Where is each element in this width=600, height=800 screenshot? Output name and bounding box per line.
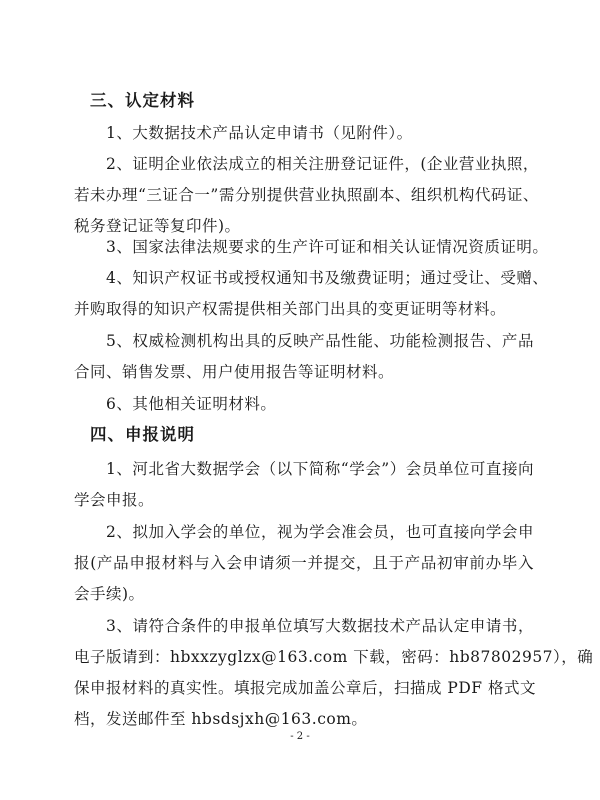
paragraph-line: 5、权威检测机构出具的反映产品性能、功能检测报告、产品 bbox=[106, 331, 534, 351]
paragraph-line: 3、请符合条件的申报单位填写大数据技术产品认定申请书， bbox=[106, 616, 534, 636]
paragraph-line: 学会申报。 bbox=[74, 490, 534, 510]
paragraph-line: 税务登记证等复印件)。 bbox=[74, 216, 534, 236]
paragraph-line: 报(产品申报材料与入会申请须一并提交，且于产品初审前办毕入 bbox=[74, 553, 534, 573]
paragraph-line: 会手续)。 bbox=[74, 584, 534, 604]
section-heading-application: 四、申报说明 bbox=[90, 424, 195, 446]
paragraph-line: 2、拟加入学会的单位，视为学会准会员，也可直接向学会申 bbox=[106, 522, 534, 542]
section-heading-materials: 三、认定材料 bbox=[90, 90, 195, 112]
paragraph-line: 3、国家法律法规要求的生产许可证和相关认证情况资质证明。 bbox=[106, 237, 534, 257]
page-number: - 2 - bbox=[0, 731, 600, 742]
paragraph-line: 并购取得的知识产权需提供相关部门出具的变更证明等材料。 bbox=[74, 299, 534, 319]
paragraph-line: 1、河北省大数据学会（以下简称“学会”）会员单位可直接向 bbox=[106, 459, 534, 479]
paragraph-line: 电子版请到：hbxxzyglzx@163.com 下载，密码：hb8780295… bbox=[74, 647, 534, 667]
paragraph-line: 合同、销售发票、用户使用报告等证明材料。 bbox=[74, 362, 534, 382]
paragraph-line: 若未办理“三证合一”需分别提供营业执照副本、组织机构代码证、 bbox=[74, 185, 534, 205]
paragraph-line: 1、大数据技术产品认定申请书（见附件）。 bbox=[106, 123, 534, 143]
paragraph-line: 保申报材料的真实性。填报完成加盖公章后，扫描成 PDF 格式文 bbox=[74, 678, 534, 698]
paragraph-line: 4、知识产权证书或授权通知书及缴费证明；通过受让、受赠、 bbox=[106, 268, 534, 288]
paragraph-line: 6、其他相关证明材料。 bbox=[106, 394, 534, 414]
paragraph-line: 2、证明企业依法成立的相关注册登记证件，(企业营业执照， bbox=[106, 154, 534, 174]
paragraph-line: 档，发送邮件至 hbsdsjxh@163.com。 bbox=[74, 709, 534, 729]
